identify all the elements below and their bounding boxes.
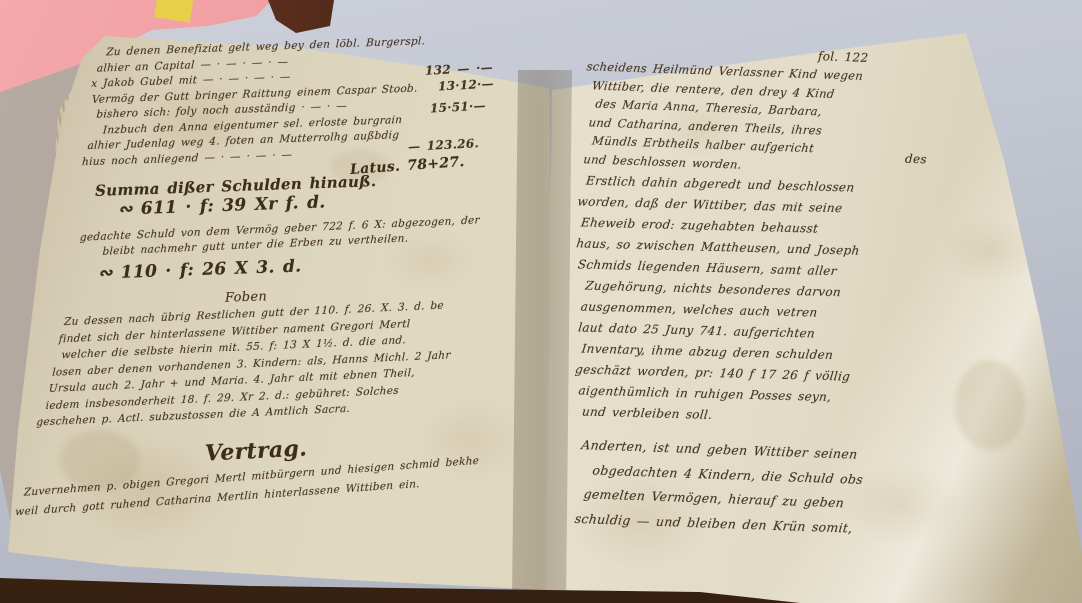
- amount-value: 13·12·—: [438, 77, 495, 94]
- amount-value: 15·51·—: [430, 99, 487, 116]
- foben-heading: Foben: [225, 289, 268, 305]
- amount-value: 132 — ·—: [425, 60, 494, 78]
- manuscript-photo: Zu denen Benefiziat gelt weg bey den löb…: [0, 0, 1082, 603]
- left-ledger-block: Zu denen Benefiziat gelt weg bey den löb…: [90, 34, 429, 170]
- division-block: Zu dessen nach übrig Restlichen gutt der…: [50, 297, 454, 430]
- catchword: des: [905, 152, 927, 167]
- vertrag-heading: Vertrag.: [204, 435, 307, 466]
- right-para-1: scheidens Heilmünd Verlassner Kind wegen…: [583, 57, 863, 178]
- stain: [955, 360, 1025, 450]
- right-para-2: Erstlich dahin abgeredt und beschlossen …: [572, 170, 862, 429]
- page-number: fol. 122: [818, 49, 869, 65]
- right-para-3: Anderten, ist und geben Wittiber seinen …: [578, 433, 864, 541]
